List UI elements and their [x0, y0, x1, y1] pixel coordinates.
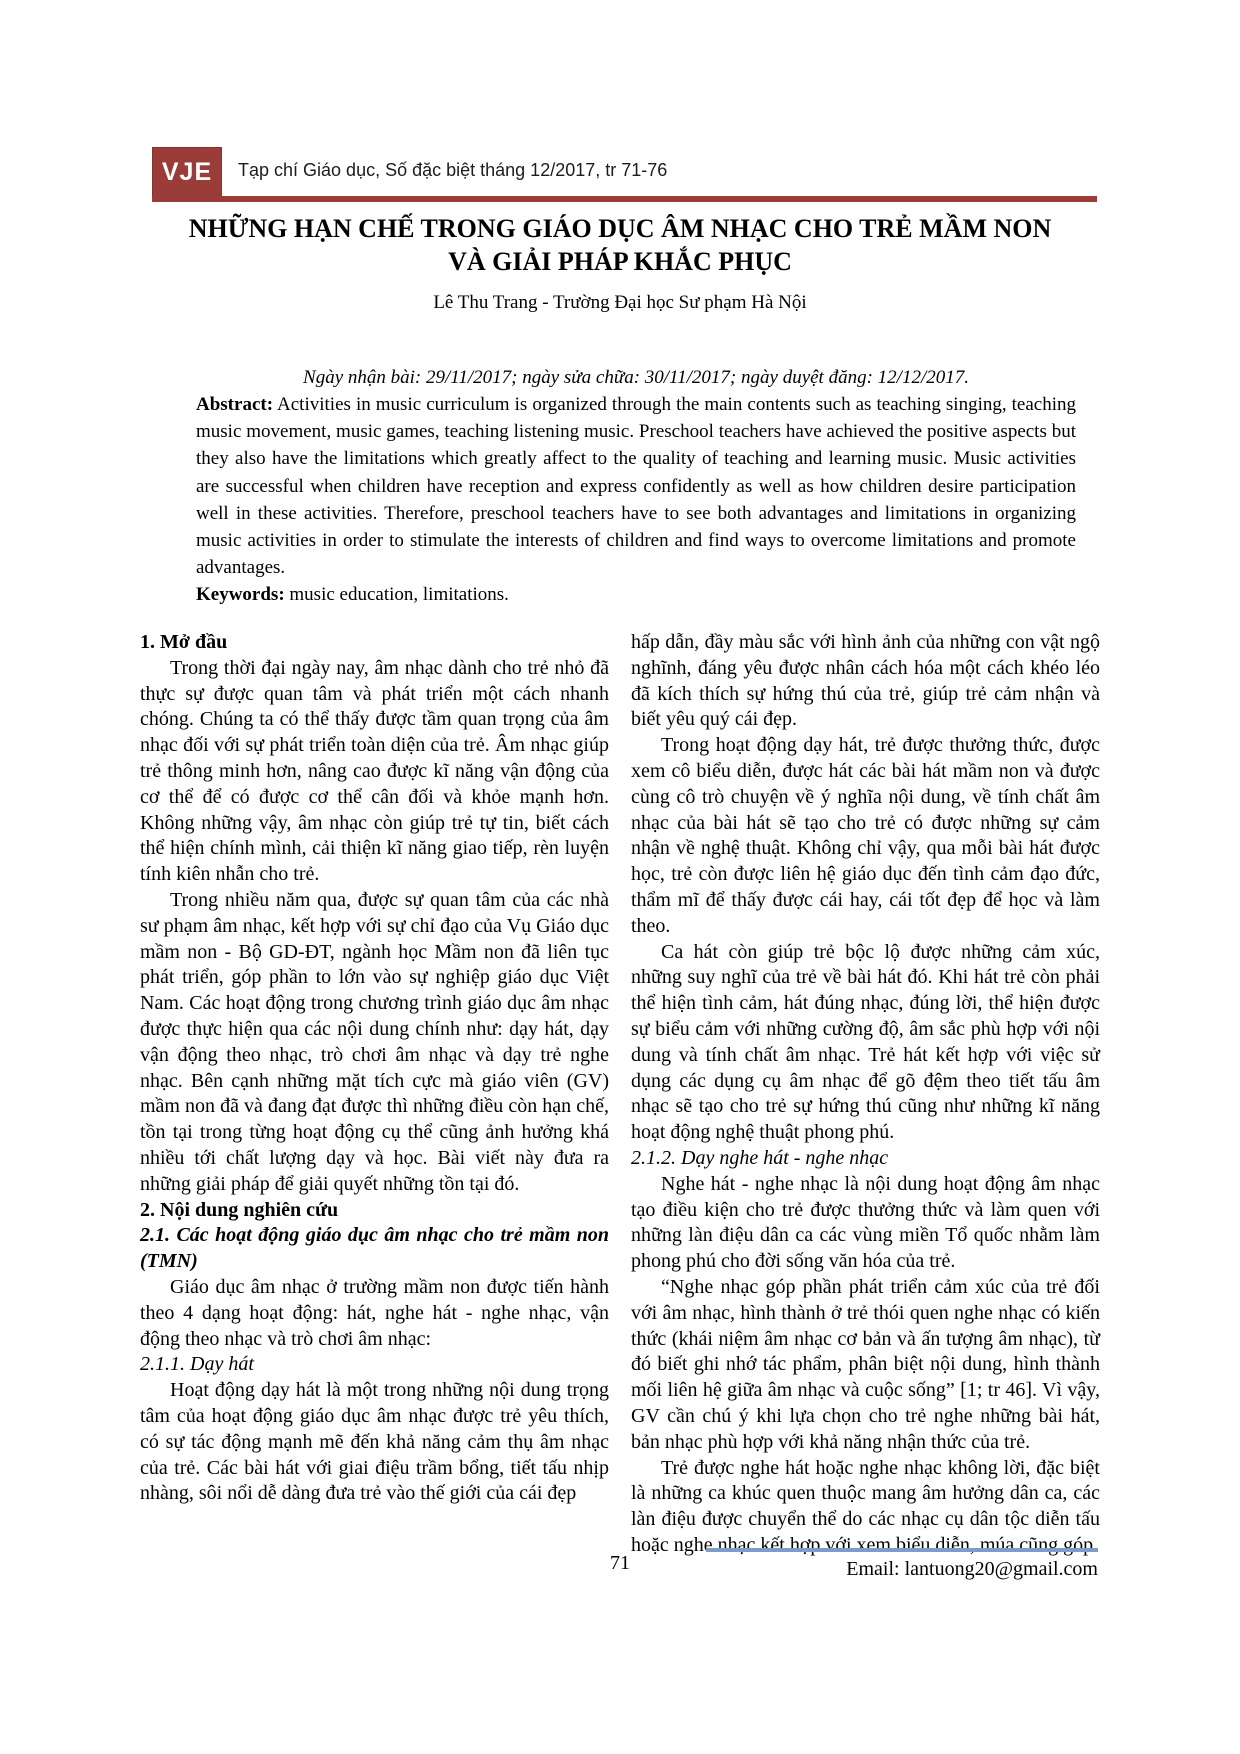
paragraph: Giáo dục âm nhạc ở trường mầm non được t…	[140, 1275, 609, 1352]
abstract-paragraph: Abstract: Activities in music curriculum…	[196, 391, 1076, 581]
section-heading-2-1: 2.1. Các hoạt động giáo dục âm nhạc cho …	[140, 1223, 609, 1275]
paragraph: “Nghe nhạc góp phần phát triển cảm xúc c…	[631, 1275, 1100, 1456]
footer-email: Email: lantuong20@gmail.com	[600, 1558, 1098, 1581]
paragraph: hấp dẫn, đầy màu sắc với hình ảnh của nh…	[631, 630, 1100, 733]
title-line-2: VÀ GIẢI PHÁP KHẮC PHỤC	[140, 245, 1100, 278]
author-line: Lê Thu Trang - Trường Đại học Sư phạm Hà…	[140, 292, 1100, 314]
keywords-label: Keywords:	[196, 584, 285, 605]
left-column: 1. Mở đầu Trong thời đại ngày nay, âm nh…	[140, 630, 609, 1559]
keywords-text: music education, limitations.	[285, 584, 509, 605]
paragraph: Ca hát còn giúp trẻ bộc lộ được những cả…	[631, 940, 1100, 1146]
keywords-line: Keywords: music education, limitations.	[196, 581, 1076, 608]
page-title: NHỮNG HẠN CHẾ TRONG GIÁO DỤC ÂM NHẠC CHO…	[140, 212, 1100, 278]
journal-logo: VJE	[152, 147, 222, 198]
section-heading-2-1-2: 2.1.2. Dạy nghe hát - nghe nhạc	[631, 1146, 1100, 1172]
section-heading-2-1-1: 2.1.1. Dạy hát	[140, 1352, 609, 1378]
section-heading-1: 1. Mở đầu	[140, 630, 609, 656]
paragraph: Trong thời đại ngày nay, âm nhạc dành ch…	[140, 656, 609, 888]
right-column: hấp dẫn, đầy màu sắc với hình ảnh của nh…	[631, 630, 1100, 1559]
paragraph: Trẻ được nghe hát hoặc nghe nhạc không l…	[631, 1456, 1100, 1559]
abstract-text: Activities in music curriculum is organi…	[196, 394, 1076, 578]
abstract-label: Abstract:	[196, 394, 273, 415]
paper-page: VJE Tạp chí Giáo dục, Số đặc biệt tháng …	[0, 0, 1240, 1754]
journal-logo-text: VJE	[162, 158, 212, 187]
footer-rule	[706, 1548, 1098, 1552]
paragraph: Hoạt động dạy hát là một trong những nội…	[140, 1378, 609, 1507]
paragraph: Nghe hát - nghe nhạc là nội dung hoạt độ…	[631, 1172, 1100, 1275]
abstract-block: Ngày nhận bài: 29/11/2017; ngày sửa chữa…	[196, 364, 1076, 608]
section-heading-2: 2. Nội dung nghiên cứu	[140, 1198, 609, 1224]
journal-issue-line: Tạp chí Giáo dục, Số đặc biệt tháng 12/2…	[238, 160, 667, 181]
header-rule	[152, 196, 1097, 202]
body-columns: 1. Mở đầu Trong thời đại ngày nay, âm nh…	[140, 630, 1100, 1559]
paragraph: Trong nhiều năm qua, được sự quan tâm củ…	[140, 888, 609, 1198]
submission-dates: Ngày nhận bài: 29/11/2017; ngày sửa chữa…	[196, 364, 1076, 391]
paragraph: Trong hoạt động dạy hát, trẻ được thưởng…	[631, 733, 1100, 939]
title-line-1: NHỮNG HẠN CHẾ TRONG GIÁO DỤC ÂM NHẠC CHO…	[140, 212, 1100, 245]
